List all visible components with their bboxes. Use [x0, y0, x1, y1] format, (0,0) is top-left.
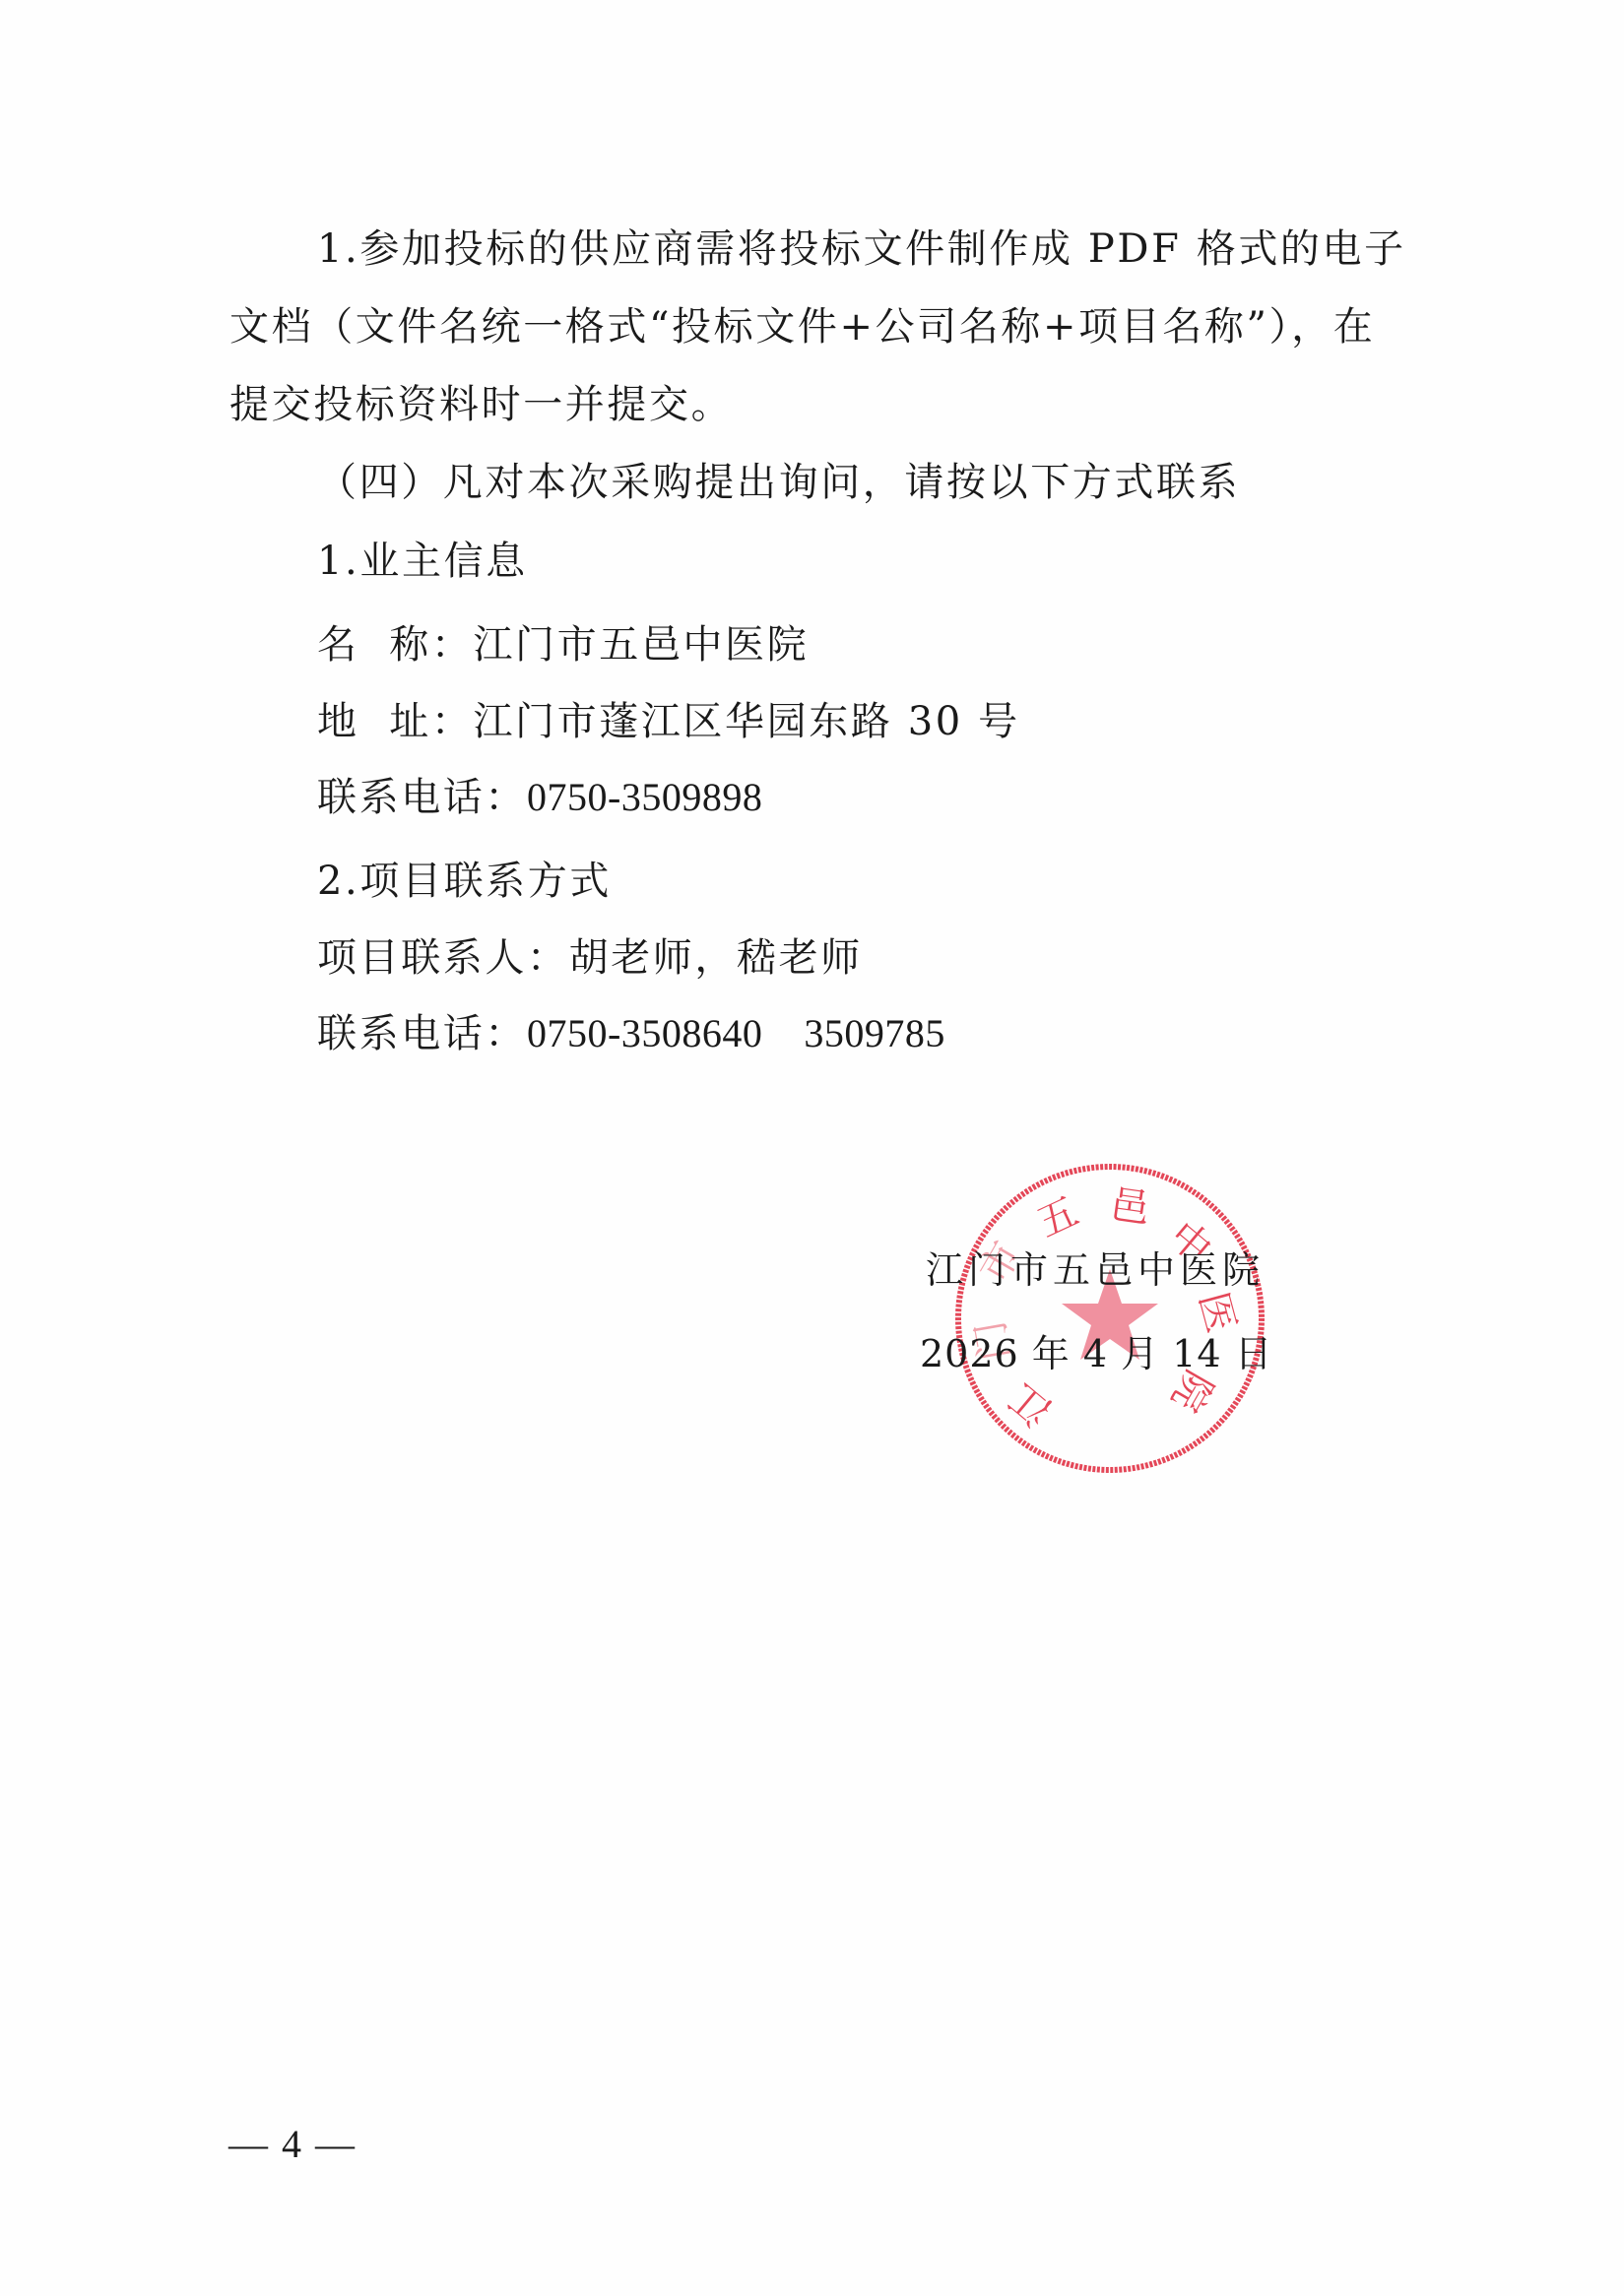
- owner-phone-label: 联系电话：: [317, 775, 527, 820]
- owner-name-row: 名 称：江门市五邑中医院: [317, 621, 809, 669]
- signature-organization: 江门市五邑中医院: [926, 1247, 1265, 1293]
- owner-name-label: 名 称：: [317, 622, 473, 668]
- owner-phone-row: 联系电话：0750-3509898: [317, 774, 762, 821]
- section-heading: （四）凡对本次采购提出询问，请按以下方式联系: [317, 459, 1240, 506]
- svg-text:邑: 邑: [1107, 1182, 1152, 1233]
- project-phone-row: 联系电话：0750-3508640 3509785: [317, 1010, 945, 1057]
- project-phone-label: 联系电话：: [317, 1011, 527, 1056]
- owner-info-heading: 1.业主信息: [317, 538, 528, 585]
- paragraph-line: 提交投标资料时一并提交。: [229, 381, 733, 428]
- paragraph-line: 1.参加投标的供应商需将投标文件制作成 PDF 格式的电子: [317, 225, 1406, 273]
- owner-phone-value: 0750-3509898: [527, 775, 762, 819]
- svg-text:五: 五: [1030, 1189, 1085, 1247]
- page-number: — 4 —: [228, 2122, 357, 2167]
- project-contact-value: 胡老师，嵇老师: [569, 935, 863, 981]
- official-seal: 江 门 市 五 邑 中 医 院: [952, 1161, 1267, 1476]
- owner-name-value: 江门市五邑中医院: [473, 622, 809, 668]
- project-contact-heading: 2.项目联系方式: [317, 858, 612, 905]
- owner-address-value: 江门市蓬江区华园东路 30 号: [473, 699, 1019, 744]
- svg-text:医: 医: [1190, 1288, 1244, 1338]
- owner-address-label: 地 址：: [317, 699, 473, 744]
- owner-address-row: 地 址：江门市蓬江区华园东路 30 号: [317, 698, 1020, 745]
- signature-date: 2026 年 4 月 14 日: [920, 1331, 1273, 1376]
- project-contact-label: 项目联系人：: [317, 935, 569, 981]
- project-contact-person-row: 项目联系人：胡老师，嵇老师: [317, 934, 863, 982]
- svg-text:江: 江: [1002, 1374, 1061, 1435]
- paragraph-line: 文档（文件名统一格式“投标文件+公司名称+项目名称”），在: [229, 303, 1375, 351]
- project-phone-value: 0750-3508640 3509785: [527, 1011, 945, 1055]
- document-page: 1.参加投标的供应商需将投标文件制作成 PDF 格式的电子 文档（文件名统一格式…: [0, 0, 1624, 2296]
